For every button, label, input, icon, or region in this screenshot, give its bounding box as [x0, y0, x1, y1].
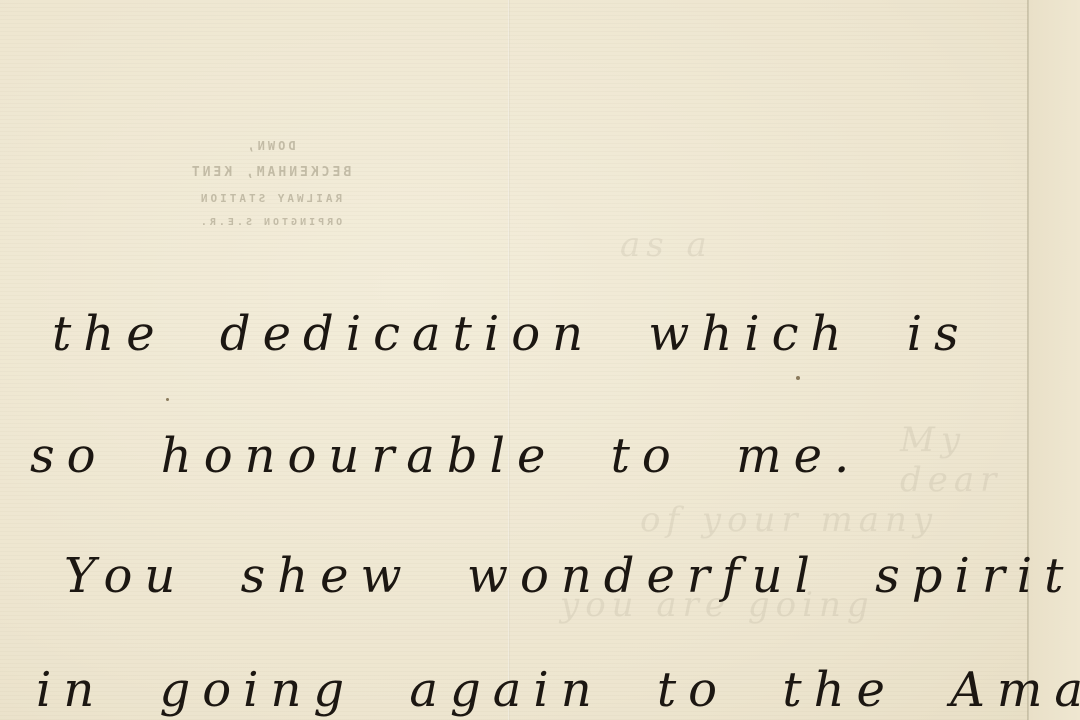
- bleed-through-text: of your many: [640, 500, 938, 540]
- letterhead-line-4: ORPINGTON S.E.R.: [150, 218, 390, 228]
- handwriting-line-1: the dedication which is: [52, 306, 971, 362]
- letterhead-line-3: RAILWAY STATION: [150, 193, 390, 204]
- handwriting-line-4: in going again to the Amazon: [36, 662, 1080, 718]
- handwriting-line-2: so honourable to me.: [30, 428, 861, 484]
- underlying-page-strip: [1029, 0, 1080, 720]
- letterhead-line-2: BECKENHAM, KENT: [150, 166, 390, 179]
- paper-speck: [166, 398, 169, 401]
- handwriting-line-3: You shew wonderful spirit: [64, 548, 1075, 604]
- bleed-through-text: My dear: [900, 420, 1080, 500]
- bleed-through-text: as a: [620, 225, 713, 265]
- embossed-letterhead: DOWN, BECKENHAM, KENT RAILWAY STATION OR…: [150, 140, 390, 242]
- letterhead-line-1: DOWN,: [150, 140, 390, 152]
- paper-speck: [796, 376, 800, 380]
